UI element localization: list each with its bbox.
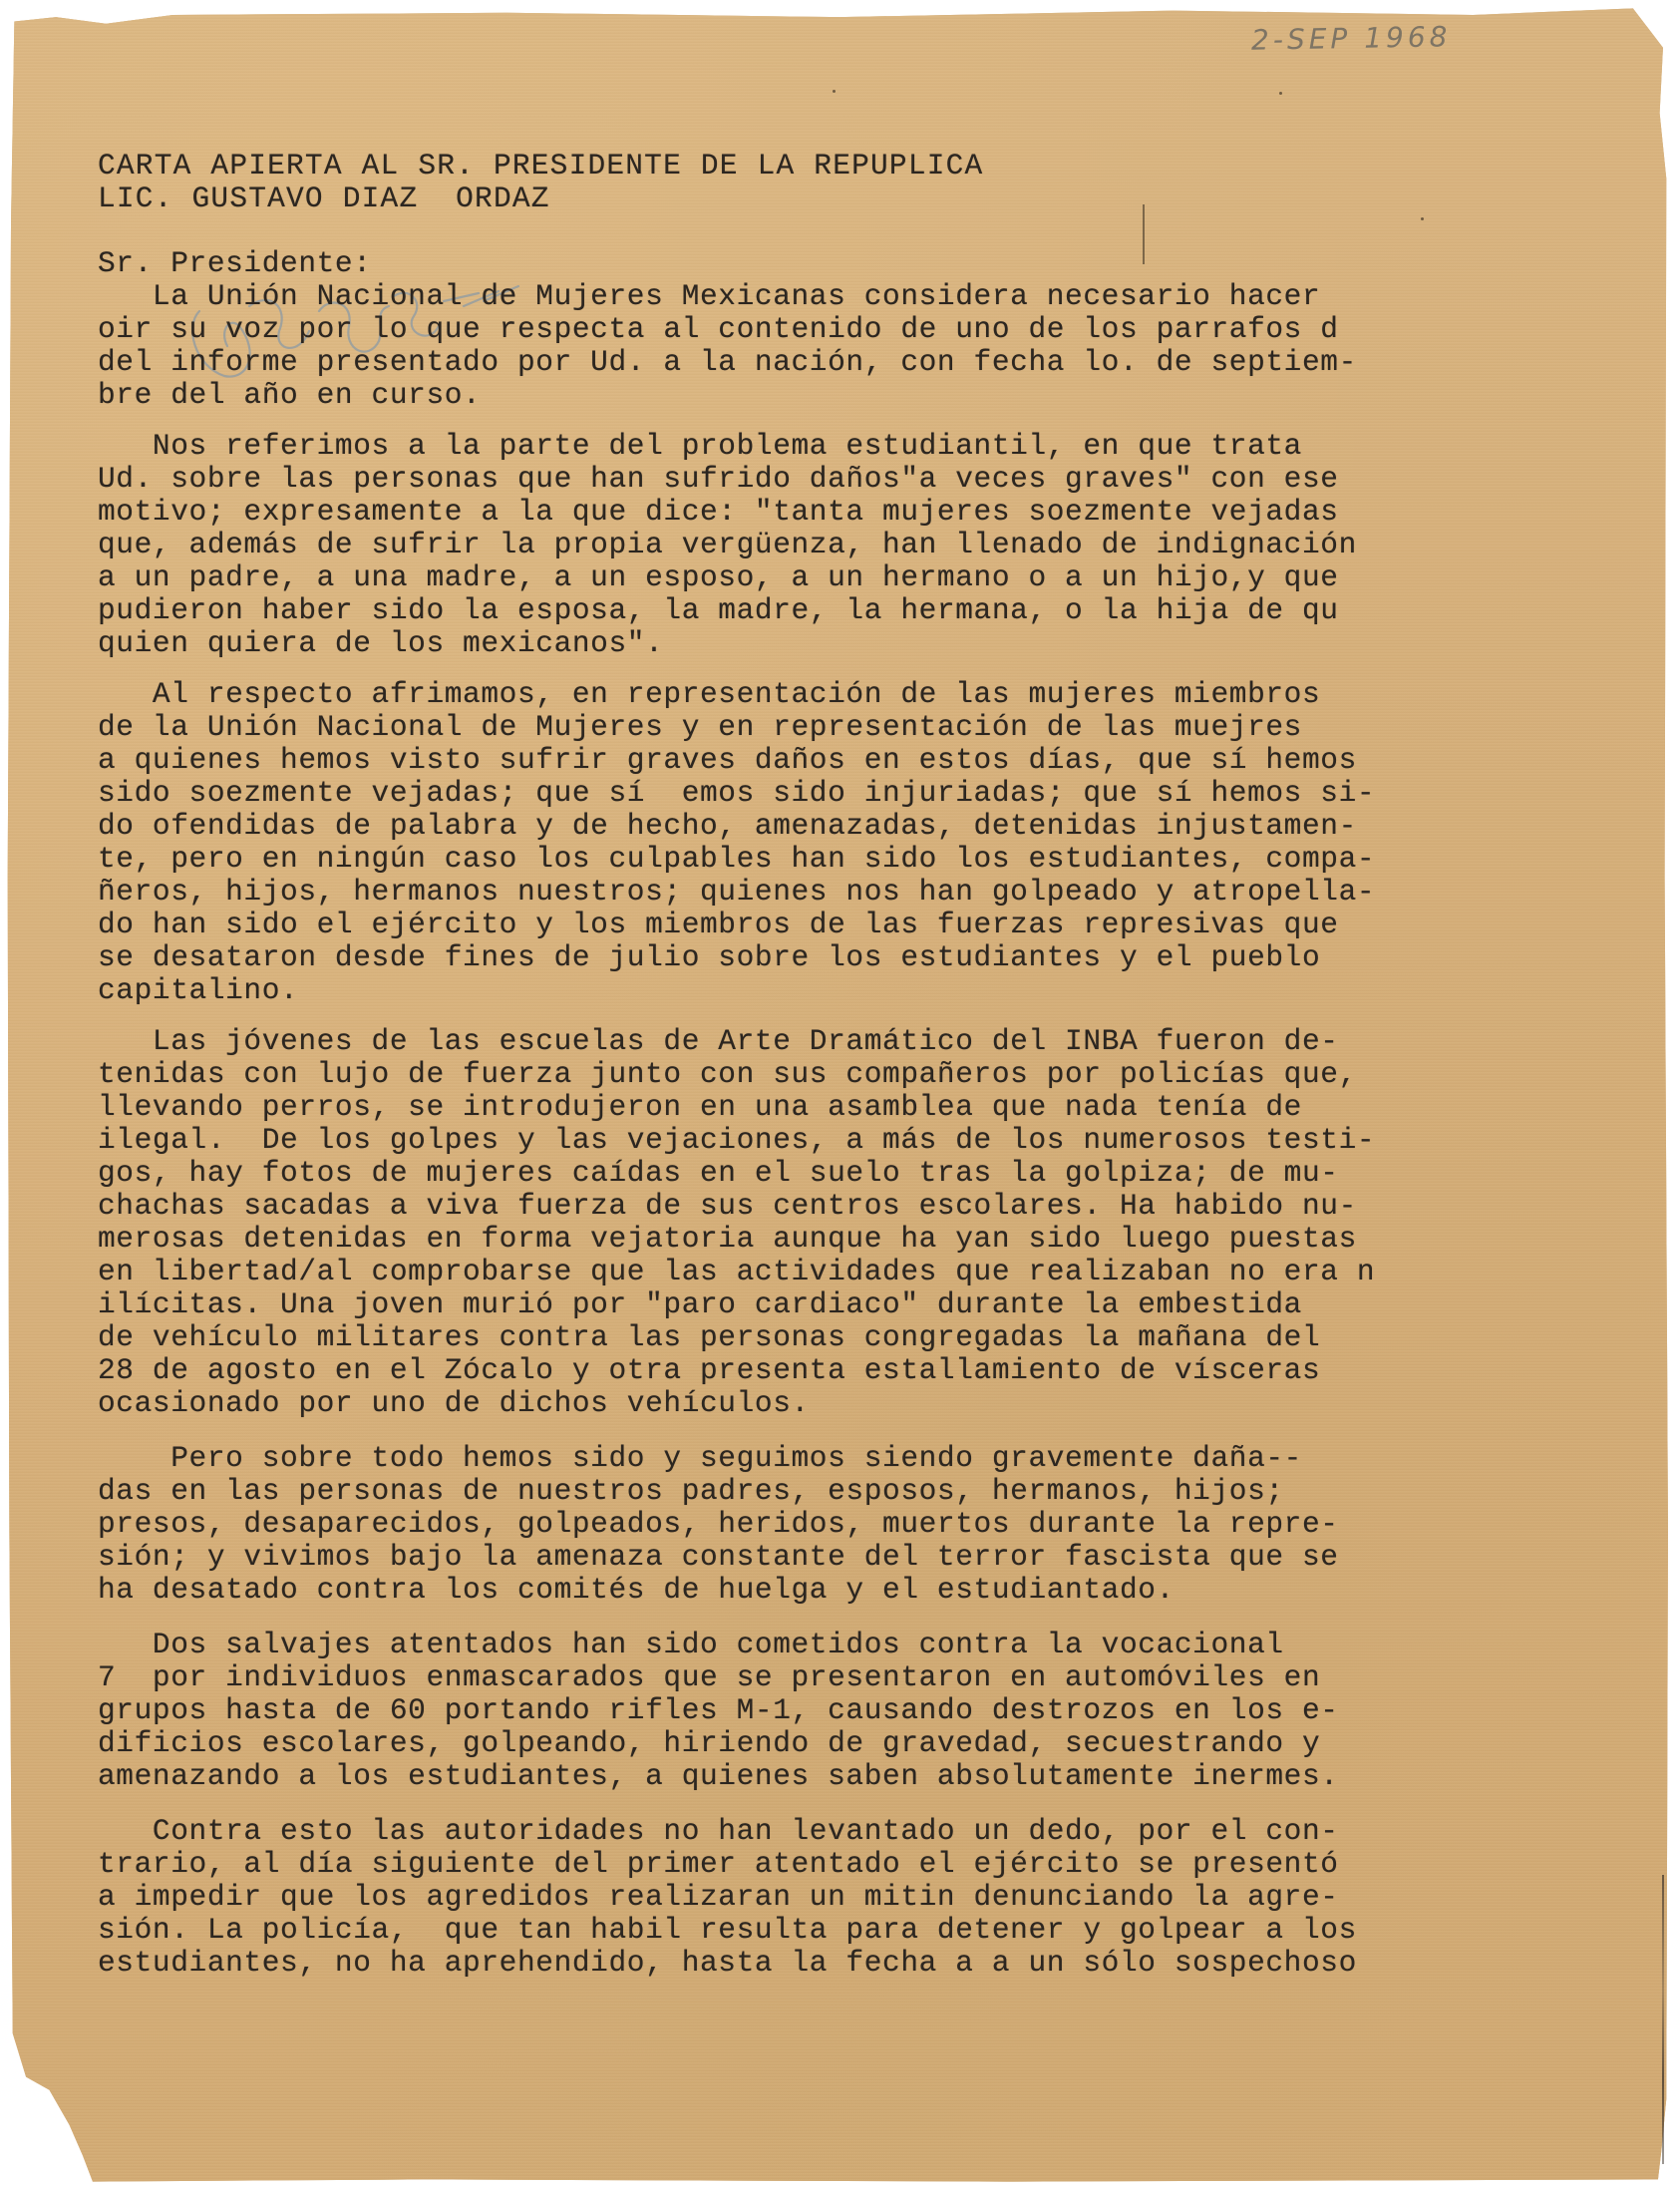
heading-line-1: CARTA APIERTA AL SR. PRESIDENTE DE LA RE…: [98, 150, 1553, 183]
text-line: que, además de sufrir la propia vergüenz…: [98, 529, 1553, 561]
text-line: do ofendidas de palabra y de hecho, amen…: [98, 810, 1553, 843]
paragraph-7: Contra esto las autoridades no han levan…: [98, 1815, 1553, 1980]
paragraph-1: La Unión Nacional de Mujeres Mexicanas c…: [98, 280, 1553, 412]
text-line: capitalino.: [98, 974, 1553, 1007]
text-line: Al respecto afrimamos, en representación…: [98, 678, 1553, 711]
letter-heading: CARTA APIERTA AL SR. PRESIDENTE DE LA RE…: [98, 150, 1553, 215]
text-line: trario, al día siguiente del primer aten…: [98, 1848, 1553, 1881]
text-line: Dos salvajes atentados han sido cometido…: [98, 1629, 1553, 1661]
handwritten-date-annotation: 2-SEP 1968: [1251, 20, 1452, 56]
text-line: ñeros, hijos, hermanos nuestros; quienes…: [98, 876, 1553, 909]
text-line: del informe presentado por Ud. a la naci…: [98, 346, 1553, 379]
text-line: ocasionado por uno de dichos vehículos.: [98, 1387, 1553, 1420]
text-line: Nos referimos a la parte del problema es…: [98, 430, 1553, 463]
text-line: quien quiera de los mexicanos".: [98, 627, 1553, 660]
text-line: a un padre, a una madre, a un esposo, a …: [98, 561, 1553, 594]
salutation: Sr. Presidente:: [98, 247, 1553, 280]
text-line: do han sido el ejército y los miembros d…: [98, 909, 1553, 941]
text-line: dificios escolares, golpeando, hiriendo …: [98, 1727, 1553, 1760]
text-line: presos, desaparecidos, golpeados, herido…: [98, 1508, 1553, 1541]
text-line: das en las personas de nuestros padres, …: [98, 1475, 1553, 1508]
text-line: pudieron haber sido la esposa, la madre,…: [98, 594, 1553, 627]
text-line: 28 de agosto en el Zócalo y otra present…: [98, 1354, 1553, 1387]
text-line: de vehículo militares contra las persona…: [98, 1321, 1553, 1354]
text-line: sión; y vivimos bajo la amenaza constant…: [98, 1541, 1553, 1574]
text-line: se desataron desde fines de julio sobre …: [98, 941, 1553, 974]
text-line: merosas detenidas en forma vejatoria aun…: [98, 1223, 1553, 1256]
text-line: Las jóvenes de las escuelas de Arte Dram…: [98, 1025, 1553, 1058]
text-line: chachas sacadas a viva fuerza de sus cen…: [98, 1190, 1553, 1223]
text-line: ha desatado contra los comités de huelga…: [98, 1574, 1553, 1607]
text-line: Pero sobre todo hemos sido y seguimos si…: [98, 1442, 1553, 1475]
paper-edge-shadow: [1662, 1875, 1664, 2164]
text-line: Ud. sobre las personas que han sufrido d…: [98, 463, 1553, 496]
text-line: tenidas con lujo de fuerza junto con sus…: [98, 1058, 1553, 1091]
paragraph-2: Nos referimos a la parte del problema es…: [98, 430, 1553, 660]
text-line: ilegal. De los golpes y las vejaciones, …: [98, 1124, 1553, 1157]
text-line: a quienes hemos visto sufrir graves daño…: [98, 744, 1553, 777]
text-line: en libertad/al comprobarse que las activ…: [98, 1256, 1553, 1288]
letter-body: CARTA APIERTA AL SR. PRESIDENTE DE LA RE…: [98, 150, 1553, 1980]
text-line: llevando perros, se introdujeron en una …: [98, 1091, 1553, 1124]
text-line: sión. La policía, que tan habil resulta …: [98, 1914, 1553, 1947]
heading-line-2: LIC. GUSTAVO DIAZ ORDAZ: [98, 183, 1553, 215]
text-line: a impedir que los agredidos realizaran u…: [98, 1881, 1553, 1914]
text-line: ilícitas. Una joven murió por "paro card…: [98, 1288, 1553, 1321]
text-line: motivo; expresamente a la que dice: "tan…: [98, 496, 1553, 529]
paragraph-4: Las jóvenes de las escuelas de Arte Dram…: [98, 1025, 1553, 1420]
text-line: te, pero en ningún caso los culpables ha…: [98, 843, 1553, 876]
text-line: gos, hay fotos de mujeres caídas en el s…: [98, 1157, 1553, 1190]
text-line: Contra esto las autoridades no han levan…: [98, 1815, 1553, 1848]
text-line: estudiantes, no ha aprehendido, hasta la…: [98, 1947, 1553, 1980]
text-line: amenazando a los estudiantes, a quienes …: [98, 1760, 1553, 1793]
text-line: bre del año en curso.: [98, 379, 1553, 412]
text-line: oir su voz por lo que respecta al conten…: [98, 313, 1553, 346]
margin-dot: [1279, 92, 1282, 95]
text-line: La Unión Nacional de Mujeres Mexicanas c…: [98, 280, 1553, 313]
text-line: grupos hasta de 60 portando rifles M-1, …: [98, 1694, 1553, 1727]
text-line: de la Unión Nacional de Mujeres y en rep…: [98, 711, 1553, 744]
paragraph-3: Al respecto afrimamos, en representación…: [98, 678, 1553, 1007]
text-line: sido soezmente vejadas; que sí emos sido…: [98, 777, 1553, 810]
margin-dot: [833, 90, 836, 93]
text-line: 7 por individuos enmascarados que se pre…: [98, 1661, 1553, 1694]
paragraph-5: Pero sobre todo hemos sido y seguimos si…: [98, 1442, 1553, 1607]
paragraph-6: Dos salvajes atentados han sido cometido…: [98, 1629, 1553, 1793]
